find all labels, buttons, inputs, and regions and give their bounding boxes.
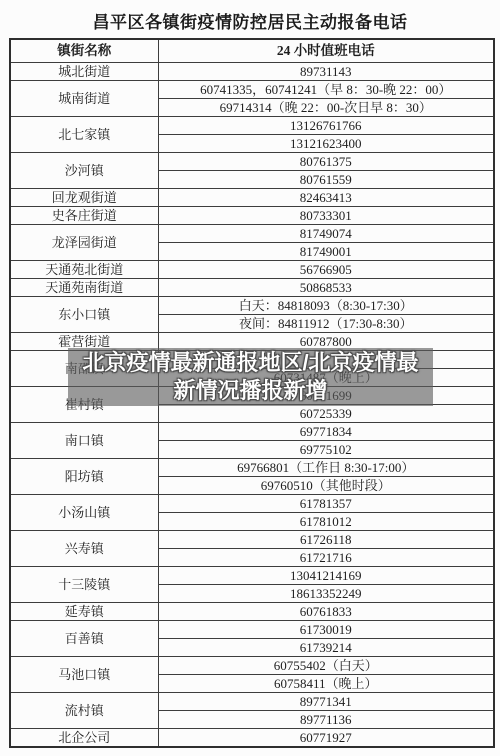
table-row: 马池口镇60755402（白天） bbox=[10, 657, 494, 675]
town-name-cell: 城北街道 bbox=[10, 63, 158, 81]
page: 昌平区各镇街疫情防控居民主动报备电话 镇街名称 24 小时值班电话 城北街道89… bbox=[0, 0, 500, 756]
table-row: 崔村镇60721699 bbox=[10, 387, 494, 405]
phone-table-body: 城北街道89731143城南街道60741335，60741241（早 8：30… bbox=[10, 63, 494, 748]
table-row: 南邵镇 bbox=[10, 351, 494, 369]
phone-cell: 60771927 bbox=[158, 729, 494, 748]
table-row: 百善镇61730019 bbox=[10, 621, 494, 639]
phone-cell: 18613352249 bbox=[158, 585, 494, 603]
phone-cell: 69771834 bbox=[158, 423, 494, 441]
table-row: 城南街道60741335，60741241（早 8：30-晚 22：00） bbox=[10, 81, 494, 99]
town-name-cell: 流村镇 bbox=[10, 693, 158, 729]
phone-table: 镇街名称 24 小时值班电话 城北街道89731143城南街道60741335，… bbox=[9, 38, 495, 748]
page-title: 昌平区各镇街疫情防控居民主动报备电话 bbox=[0, 8, 500, 33]
phone-cell: 60741335，60741241（早 8：30-晚 22：00） bbox=[158, 81, 494, 99]
town-name-cell: 百善镇 bbox=[10, 621, 158, 657]
town-name-cell: 北企公司 bbox=[10, 729, 158, 748]
phone-cell: 80761559 bbox=[158, 171, 494, 189]
phone-cell: 69766801（工作日 8:30-17:00） bbox=[158, 459, 494, 477]
table-header-row: 镇街名称 24 小时值班电话 bbox=[10, 39, 494, 63]
town-name-cell: 城南街道 bbox=[10, 81, 158, 117]
phone-cell: 81749074 bbox=[158, 225, 494, 243]
phone-cell: 13126761766 bbox=[158, 117, 494, 135]
table-row: 流村镇89771341 bbox=[10, 693, 494, 711]
phone-cell: 69714314（晚 22：00-次日早 8：30） bbox=[158, 99, 494, 117]
phone-cell: 61726118 bbox=[158, 531, 494, 549]
phone-cell: 50868533 bbox=[158, 279, 494, 297]
town-name-cell: 延寿镇 bbox=[10, 603, 158, 621]
phone-cell: 夜间：84811912（17:30-8:30） bbox=[158, 315, 494, 333]
header-town-name: 镇街名称 bbox=[10, 39, 158, 63]
table-row: 小汤山镇61781357 bbox=[10, 495, 494, 513]
town-name-cell: 阳坊镇 bbox=[10, 459, 158, 495]
phone-cell: 69760510（其他时段） bbox=[158, 477, 494, 495]
table-row: 龙泽园街道81749074 bbox=[10, 225, 494, 243]
town-name-cell: 龙泽园街道 bbox=[10, 225, 158, 261]
town-name-cell: 北七家镇 bbox=[10, 117, 158, 153]
phone-cell: 60761833 bbox=[158, 603, 494, 621]
phone-cell: 89731143 bbox=[158, 63, 494, 81]
phone-cell: 61730019 bbox=[158, 621, 494, 639]
town-name-cell: 天通苑北街道 bbox=[10, 261, 158, 279]
town-name-cell: 兴寿镇 bbox=[10, 531, 158, 567]
table-row: 天通苑北街道56766905 bbox=[10, 261, 494, 279]
phone-cell: 89771136 bbox=[158, 711, 494, 729]
header-duty-phone: 24 小时值班电话 bbox=[158, 39, 494, 63]
town-name-cell: 霍营街道 bbox=[10, 333, 158, 351]
town-name-cell: 马池口镇 bbox=[10, 657, 158, 693]
phone-cell: 60721699 bbox=[158, 387, 494, 405]
town-name-cell: 南邵镇 bbox=[10, 351, 158, 387]
town-name-cell: 史各庄街道 bbox=[10, 207, 158, 225]
table-row: 回龙观街道82463413 bbox=[10, 189, 494, 207]
table-row: 史各庄街道80733301 bbox=[10, 207, 494, 225]
phone-cell bbox=[158, 351, 494, 369]
phone-cell: 60787800 bbox=[158, 333, 494, 351]
table-row: 北七家镇13126761766 bbox=[10, 117, 494, 135]
phone-cell: 60758411（晚上） bbox=[158, 675, 494, 693]
phone-cell: 80761375 bbox=[158, 153, 494, 171]
table-row: 延寿镇60761833 bbox=[10, 603, 494, 621]
table-row: 天通苑南街道50868533 bbox=[10, 279, 494, 297]
phone-cell: 81749001 bbox=[158, 243, 494, 261]
phone-cell: 61781012 bbox=[158, 513, 494, 531]
town-name-cell: 天通苑南街道 bbox=[10, 279, 158, 297]
town-name-cell: 沙河镇 bbox=[10, 153, 158, 189]
phone-cell: 61781357 bbox=[158, 495, 494, 513]
town-name-cell: 小汤山镇 bbox=[10, 495, 158, 531]
phone-cell: 61721716 bbox=[158, 549, 494, 567]
phone-cell: 60755402（白天） bbox=[158, 657, 494, 675]
table-row: 东小口镇白天：84818093（8:30-17:30） bbox=[10, 297, 494, 315]
table-row: 沙河镇80761375 bbox=[10, 153, 494, 171]
table-row: 城北街道89731143 bbox=[10, 63, 494, 81]
phone-cell: 61739214 bbox=[158, 639, 494, 657]
town-name-cell: 东小口镇 bbox=[10, 297, 158, 333]
phone-cell: 13121623400 bbox=[158, 135, 494, 153]
phone-cell: 56766905 bbox=[158, 261, 494, 279]
town-name-cell: 崔村镇 bbox=[10, 387, 158, 423]
table-row: 阳坊镇69766801（工作日 8:30-17:00） bbox=[10, 459, 494, 477]
phone-cell: 60731487（晚上） bbox=[158, 369, 494, 387]
phone-cell: 60725339 bbox=[158, 405, 494, 423]
town-name-cell: 十三陵镇 bbox=[10, 567, 158, 603]
phone-cell: 89771341 bbox=[158, 693, 494, 711]
town-name-cell: 南口镇 bbox=[10, 423, 158, 459]
phone-cell: 13041214169 bbox=[158, 567, 494, 585]
table-row: 兴寿镇61726118 bbox=[10, 531, 494, 549]
town-name-cell: 回龙观街道 bbox=[10, 189, 158, 207]
phone-cell: 80733301 bbox=[158, 207, 494, 225]
table-row: 十三陵镇13041214169 bbox=[10, 567, 494, 585]
table-row: 霍营街道60787800 bbox=[10, 333, 494, 351]
table-row: 北企公司60771927 bbox=[10, 729, 494, 748]
phone-cell: 82463413 bbox=[158, 189, 494, 207]
phone-cell: 69775102 bbox=[158, 441, 494, 459]
table-row: 南口镇69771834 bbox=[10, 423, 494, 441]
phone-cell: 白天：84818093（8:30-17:30） bbox=[158, 297, 494, 315]
